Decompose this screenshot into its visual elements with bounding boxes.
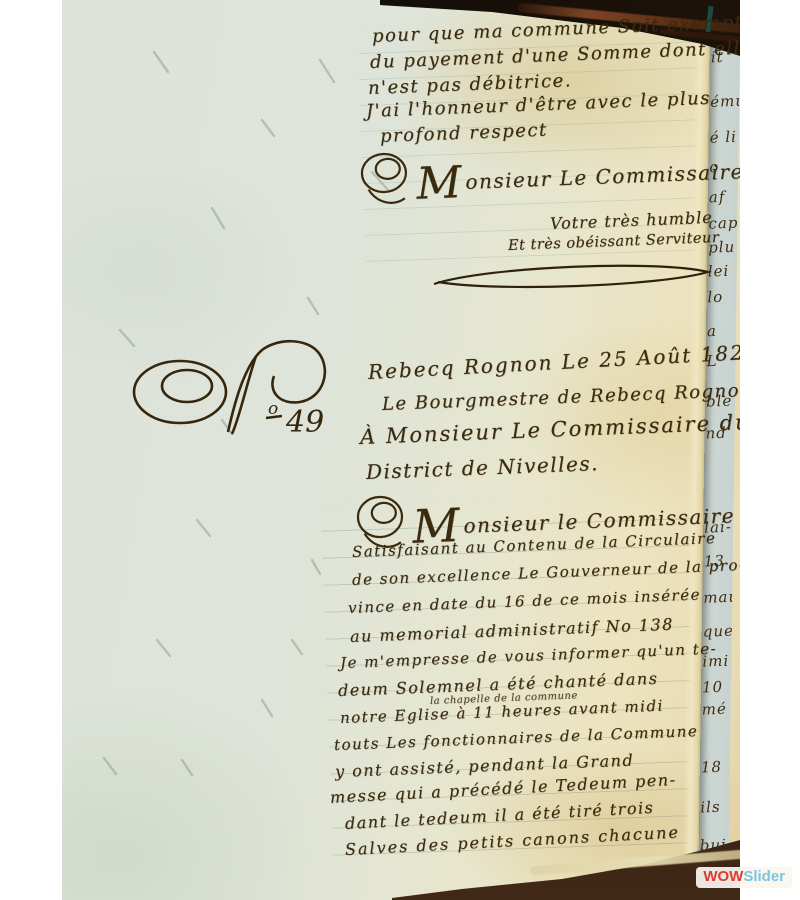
ornate-initial: M [416, 165, 462, 202]
flourish-spiral-icon [357, 144, 413, 204]
watermark-slider: Slider [743, 868, 785, 885]
body-line: au memorial administratif No 138 [350, 615, 675, 646]
recipient-line: À Monsieur Le Commissaire du [360, 410, 740, 449]
signature-flourish [428, 258, 716, 298]
salutation-text: onsieur Le Commissaire [465, 159, 740, 200]
wowslider-watermark[interactable]: WOWSlider [696, 867, 792, 889]
body-line: de son excellence Le Gouverneur de la pr… [352, 556, 740, 589]
closing-line: Votre très humble [550, 208, 713, 233]
margin-number-flourish: o 49 N [128, 336, 368, 446]
watermark-wow: WOW [703, 868, 743, 885]
svg-text:o: o [268, 399, 278, 419]
flourish-spiral-icon [353, 486, 409, 548]
body-line: vince en date du 16 de ce mois insérée [348, 585, 702, 617]
body-line: Je m'empresse de vous informer qu'un te- [340, 640, 718, 672]
closing-line: Et très obéissant Serviteur [508, 230, 720, 254]
manuscript-photo: itémué lioafcappluleiloaLblendlai-13mauq… [62, 0, 740, 900]
slideshow-viewport: itémué lioafcappluleiloaLblendlai-13mauq… [0, 0, 800, 900]
svg-text:49: 49 [285, 405, 324, 440]
text-layer: pour que ma commune Soit exempte du paye… [62, 0, 740, 900]
body-line: touts Les fonctionnaires de la Commune [334, 722, 699, 754]
dateline: Rebecq Rognon Le 25 Août 1828 [367, 340, 740, 384]
sender-line: Le Bourgmestre de Rebecq Rognon [382, 380, 740, 415]
